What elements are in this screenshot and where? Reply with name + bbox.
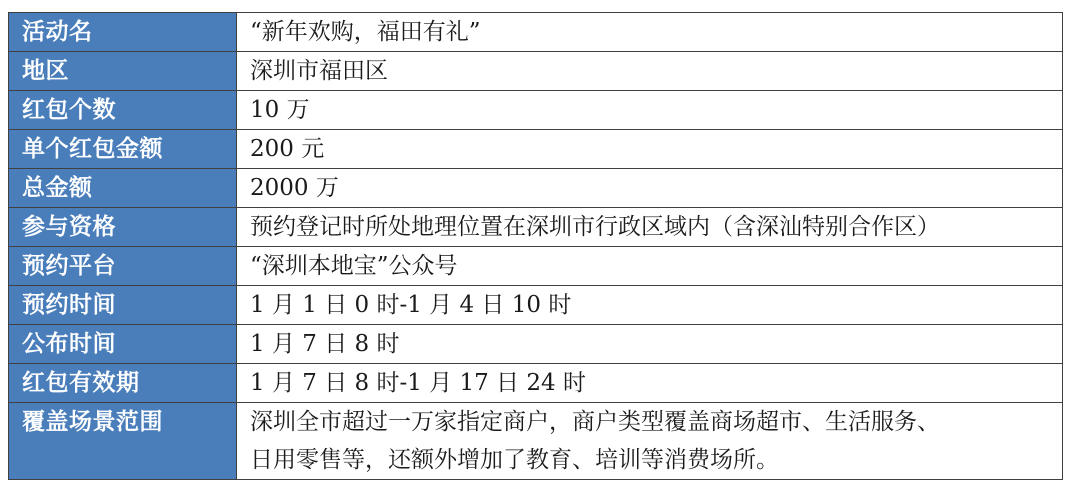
row-value: 200 元 <box>237 130 1063 169</box>
row-value-line: 深圳全市超过一万家指定商户，商户类型覆盖商场超市、生活服务、 <box>250 403 1062 441</box>
row-value: “深圳本地宝”公众号 <box>237 247 1063 286</box>
table-row: 红包个数 10 万 <box>9 91 1063 130</box>
activity-info-table: 活动名 “新年欢购，福田有礼” 地区 深圳市福田区 红包个数 10 万 单个红包… <box>8 12 1063 480</box>
row-label: 覆盖场景范围 <box>9 403 237 480</box>
row-label: 参与资格 <box>9 208 237 247</box>
activity-info-table-container: 活动名 “新年欢购，福田有礼” 地区 深圳市福田区 红包个数 10 万 单个红包… <box>8 12 1063 480</box>
row-value: 深圳全市超过一万家指定商户，商户类型覆盖商场超市、生活服务、 日用零售等，还额外… <box>237 403 1063 480</box>
row-label: 预约平台 <box>9 247 237 286</box>
table-row: 活动名 “新年欢购，福田有礼” <box>9 13 1063 52</box>
row-value: 预约登记时所处地理位置在深圳市行政区域内（含深汕特别合作区） <box>237 208 1063 247</box>
row-label: 地区 <box>9 52 237 91</box>
row-value: 1 月 7 日 8 时 <box>237 325 1063 364</box>
table-row: 预约平台 “深圳本地宝”公众号 <box>9 247 1063 286</box>
row-value-line: 日用零售等，还额外增加了教育、培训等消费场所。 <box>250 441 1062 479</box>
row-value: 2000 万 <box>237 169 1063 208</box>
row-label: 红包有效期 <box>9 364 237 403</box>
row-value: 1 月 7 日 8 时-1 月 17 日 24 时 <box>237 364 1063 403</box>
row-value: 1 月 1 日 0 时-1 月 4 日 10 时 <box>237 286 1063 325</box>
table-row: 公布时间 1 月 7 日 8 时 <box>9 325 1063 364</box>
table-row: 覆盖场景范围 深圳全市超过一万家指定商户，商户类型覆盖商场超市、生活服务、 日用… <box>9 403 1063 480</box>
row-value: 10 万 <box>237 91 1063 130</box>
row-value: “新年欢购，福田有礼” <box>237 13 1063 52</box>
row-value: 深圳市福田区 <box>237 52 1063 91</box>
table-row: 预约时间 1 月 1 日 0 时-1 月 4 日 10 时 <box>9 286 1063 325</box>
table-row: 地区 深圳市福田区 <box>9 52 1063 91</box>
table-row: 红包有效期 1 月 7 日 8 时-1 月 17 日 24 时 <box>9 364 1063 403</box>
table-row: 单个红包金额 200 元 <box>9 130 1063 169</box>
row-label: 总金额 <box>9 169 237 208</box>
table-row: 总金额 2000 万 <box>9 169 1063 208</box>
row-label: 单个红包金额 <box>9 130 237 169</box>
row-label: 公布时间 <box>9 325 237 364</box>
row-label: 活动名 <box>9 13 237 52</box>
row-label: 预约时间 <box>9 286 237 325</box>
table-row: 参与资格 预约登记时所处地理位置在深圳市行政区域内（含深汕特别合作区） <box>9 208 1063 247</box>
row-label: 红包个数 <box>9 91 237 130</box>
